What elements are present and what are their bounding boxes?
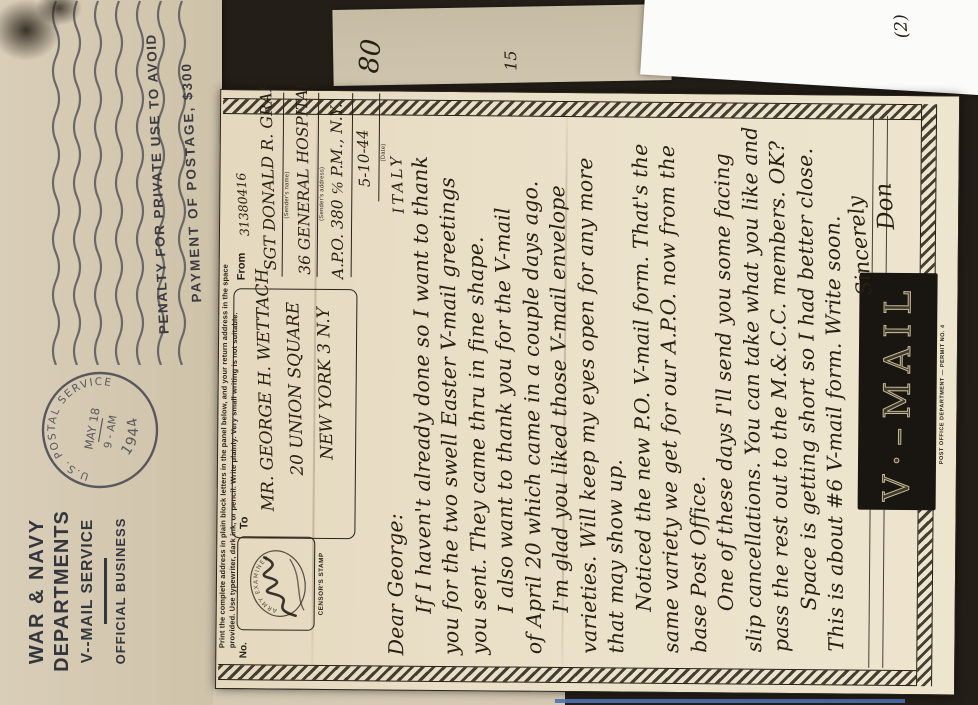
handwritten-line: base Post Office. [685,475,711,652]
postmark-stamp: U.S. POSTAL SERVICE NO.1 1944 MAY 18 9 -… [30,360,170,500]
envelope-corner-card: WAR & NAVY DEPARTMENTS V--MAIL SERVICE O… [26,485,128,697]
handwritten-line: Space is getting short so I had better c… [792,148,820,652]
corner-card-line: OFFICIAL BUSINESS [113,485,128,697]
blue-paper-edge [555,699,905,703]
vmail-logo-text: V·–MAIL [876,282,919,502]
letter-body: Dear George: If I haven't already done s… [211,85,956,691]
pencil-note-faint: (2) [891,13,913,39]
handwritten-line: slip cancellations. You can take what yo… [737,126,766,652]
handwritten-line: I also want to thank you for the V-mail [490,207,518,654]
rotated-scene: WAR & NAVY DEPARTMENTS V--MAIL SERVICE O… [0,0,978,705]
handwritten-line: If I haven't already done so I want to t… [407,156,435,656]
letter-signature: Don [870,182,900,231]
scanned-vmail-cover: WAR & NAVY DEPARTMENTS V--MAIL SERVICE O… [0,0,978,705]
handwritten-line: that may show up. [603,459,629,654]
postmark-year: 1944 [117,412,146,460]
white-backing-sheet: (2) [640,0,978,95]
handwritten-line: you for the two swell Easter V-mail gree… [435,177,463,655]
postmark-date: MAY 18 [82,407,103,451]
handwritten-line: This is about #6 V-mail form. Write soon… [820,215,848,652]
vmail-logo-block: V·–MAIL [858,273,938,511]
corner-card-line: V--MAIL SERVICE [79,485,97,697]
corner-card-divider [104,558,107,624]
torn-edge-smudge [26,0,92,33]
handwritten-line: of April 20 which came in a couple days … [518,180,546,654]
postmark-time: 9 - AM [102,414,120,449]
handwritten-line: Noticed the new P.O. V-mail form. That's… [627,143,655,653]
corner-card-line: DEPARTMENTS [51,485,74,697]
corner-card-line: WAR & NAVY [26,485,49,697]
pencil-note: 80 [354,38,388,75]
svg-text:1944: 1944 [117,412,146,460]
handwritten-line: pass the rest out to the M.&.C.C. member… [765,141,793,653]
handwritten-line: One of these days I'll send you some fac… [710,153,738,653]
vmail-envelope: WAR & NAVY DEPARTMENTS V--MAIL SERVICE O… [0,0,222,705]
handwritten-line: I'm glad you liked those V-mail envelope [545,185,573,654]
handwritten-line: same variety we get for our A.P.O. now f… [655,145,683,653]
envelope-flap-strip: 80 15 [332,4,671,86]
pencil-note-faint: 15 [501,50,520,71]
handwritten-line: varieties. Will keep my eyes open for an… [572,157,600,654]
handwritten-line: you sent. They came thru in fine shape. [463,236,491,655]
handwritten-line: Dear George: [383,513,408,656]
vmail-letter-sheet: Print the complete address in plain bloc… [215,89,960,695]
